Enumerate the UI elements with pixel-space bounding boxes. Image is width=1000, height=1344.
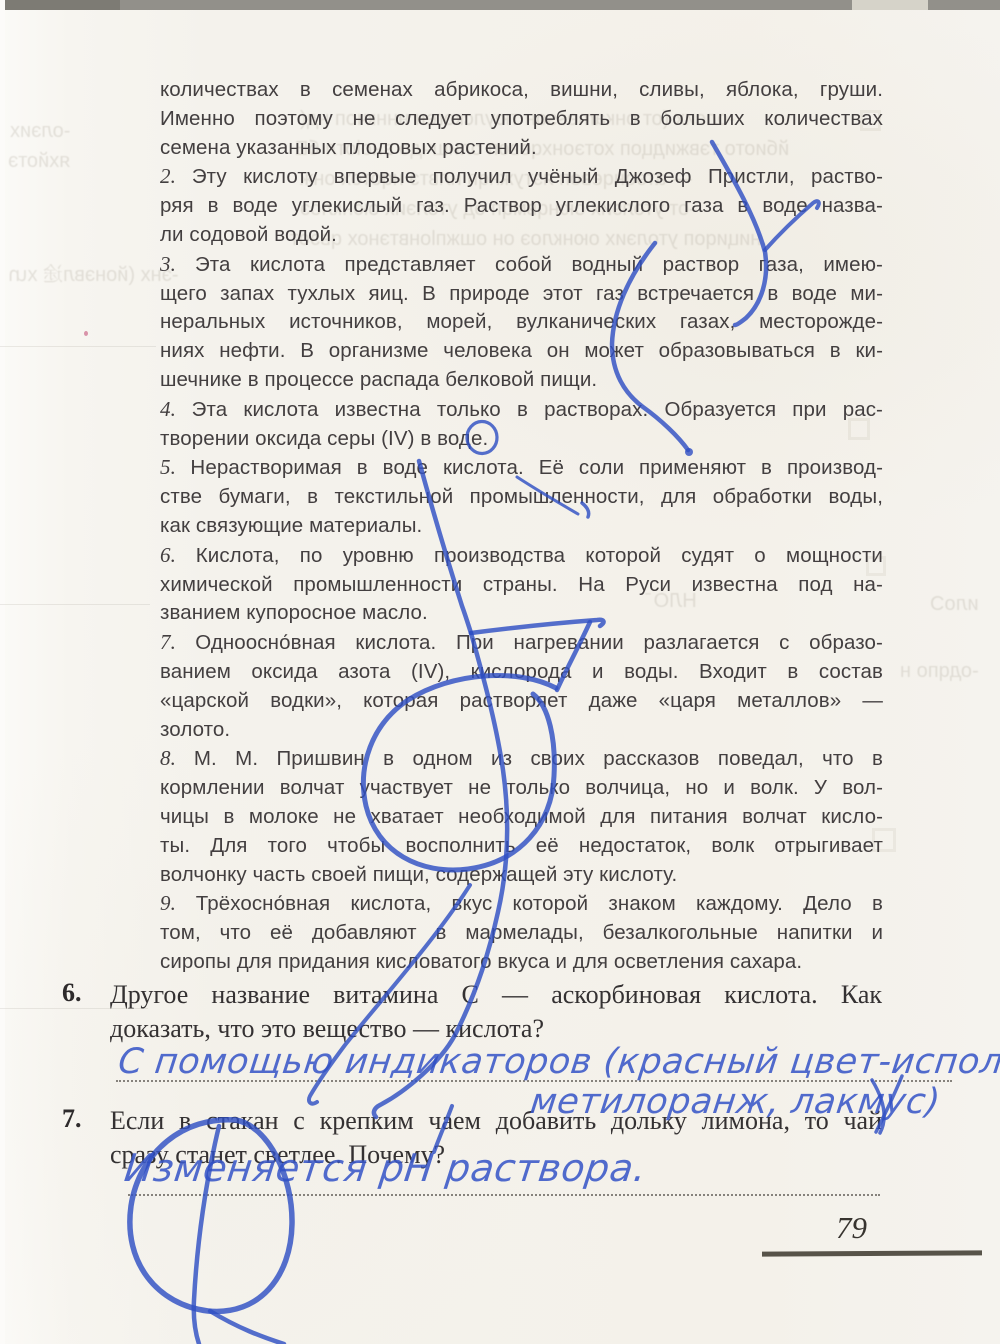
- text-line: стве бумаги, в текстильной промышленност…: [160, 483, 883, 512]
- bleed-through-rule: [0, 604, 150, 605]
- item-number: 3.: [160, 252, 195, 276]
- text-line: сиропы для придания кисловатого вкуса и …: [160, 948, 883, 977]
- text-line: шечнике в процессе распада белковой пищи…: [160, 366, 883, 395]
- question-line: доказать, что это вещество — кислота?: [110, 1012, 882, 1046]
- paragraph: 9. Трёхосно́вная кислота, вкус которой з…: [160, 889, 883, 976]
- text-line: чицы в молоке не хватает необходимой для…: [160, 803, 883, 832]
- item-number: 8.: [160, 746, 194, 770]
- text-line: 2. Эту кислоту впервые получил учёный Дж…: [160, 162, 883, 192]
- printed-text: количествах в семенах абрикоса, вишни, с…: [160, 76, 883, 977]
- text-line: семена указанных плодовых растений.: [160, 134, 883, 163]
- text-line: неральных источников, морей, вулканическ…: [160, 308, 883, 337]
- text-line: как связующие материалы.: [160, 512, 883, 541]
- scan-edge-left: [0, 0, 5, 1344]
- text-line: званием купоросное масло.: [160, 599, 883, 628]
- scan-edge-top-gap: [852, 0, 928, 10]
- text-line: 9. Трёхосно́вная кислота, вкус которой з…: [160, 889, 883, 919]
- item-number: 6.: [160, 543, 196, 567]
- scanned-workbook-page: -олсих (от онкаmessoн тюулскоген нннкчоп…: [0, 0, 1000, 1344]
- page-number: 79: [836, 1210, 867, 1246]
- question-6-text: Другое название витамина С — аскорбинова…: [110, 978, 882, 1046]
- paragraph: 7. Одноосно́вная кислота. При нагревании…: [160, 628, 883, 744]
- text-line: 4. Эта кислота известна только в раствор…: [160, 395, 883, 425]
- text-line: 5. Нерастворимая в воде кислота. Её соли…: [160, 453, 883, 483]
- handwritten-answer: Изменяется pH раствора.: [122, 1146, 649, 1190]
- text-line: Именно поэтому не следует употреблять в …: [160, 105, 883, 134]
- paragraph: 8. М. М. Пришвин в одном из своих расска…: [160, 744, 883, 889]
- text-line: том, что её добавляют в мармелады, безал…: [160, 919, 883, 948]
- bleed-through-fragment: -одqпо н: [900, 660, 979, 683]
- text-line: ниях нефти. В организме человека он може…: [160, 337, 883, 366]
- paragraph: 3. Эта кислота представляет собой водный…: [160, 250, 883, 395]
- item-number: 9.: [160, 891, 196, 915]
- bleed-through-fragment: илоϽ: [930, 593, 979, 616]
- text-line: ты. Для того чтобы восполнить её недоста…: [160, 832, 883, 861]
- text-line: творении оксида серы (IV) в воде.: [160, 425, 883, 454]
- text-line: золото.: [160, 716, 883, 745]
- bleed-through-rule: [0, 346, 156, 347]
- text-line: ванием оксида азота (IV), кислорода и во…: [160, 658, 883, 687]
- text-line: ли содовой водой.: [160, 221, 883, 250]
- handwritten-answer: С помощью индикаторов (красный цвет-испо…: [116, 1042, 1000, 1082]
- paragraph: 5. Нерастворимая в воде кислота. Её соли…: [160, 453, 883, 540]
- text-line: 3. Эта кислота представляет собой водный…: [160, 250, 883, 280]
- question-number: 7.: [62, 1104, 106, 1134]
- text-line: ряя в воде углекислый газ. Раствор углек…: [160, 192, 883, 221]
- paragraph: 4. Эта кислота известна только в раствор…: [160, 395, 883, 454]
- paragraph: 6. Кислота, по уровню производства котор…: [160, 541, 883, 628]
- text-line: 7. Одноосно́вная кислота. При нагревании…: [160, 628, 883, 658]
- bleed-through-fragment: яхйотэ: [8, 150, 70, 173]
- item-number: 7.: [160, 630, 195, 654]
- paragraph: 2. Эту кислоту впервые получил учёный Дж…: [160, 162, 883, 249]
- footer-bar: [762, 1250, 982, 1256]
- text-line: кормлении волчат участвует не только вол…: [160, 774, 883, 803]
- bleed-through-fragment: -энх (йонэвл途 хտ: [8, 258, 179, 287]
- bleed-through-fragment: -олэих: [10, 120, 70, 143]
- text-line: 8. М. М. Пришвин в одном из своих расска…: [160, 744, 883, 774]
- scan-edge-top-dark: [0, 0, 120, 10]
- question-number: 6.: [62, 978, 106, 1008]
- text-line: «царской водки», которая растворяет даже…: [160, 687, 883, 716]
- text-line: химической промышленности страны. На Рус…: [160, 571, 883, 600]
- paragraph: количествах в семенах абрикоса, вишни, с…: [160, 76, 883, 162]
- item-number: 5.: [160, 455, 190, 479]
- item-number: 4.: [160, 397, 192, 421]
- dotted-answer-line: [128, 1194, 880, 1196]
- text-line: 6. Кислота, по уровню производства котор…: [160, 541, 883, 571]
- text-line: количествах в семенах абрикоса, вишни, с…: [160, 76, 883, 105]
- question-line: Другое название витамина С — аскорбинова…: [110, 978, 882, 1012]
- text-line: щего запах тухлых яиц. В природе этот га…: [160, 280, 883, 309]
- text-line: волчонку часть своей пищи, содержащей эт…: [160, 861, 883, 890]
- red-ink-speck: [84, 331, 88, 336]
- scan-edge-top: [0, 0, 1000, 10]
- handwritten-answer: метилоранж, лакмус): [528, 1082, 943, 1122]
- pen-scribble-oval: [210, 1311, 284, 1344]
- item-number: 2.: [160, 164, 192, 188]
